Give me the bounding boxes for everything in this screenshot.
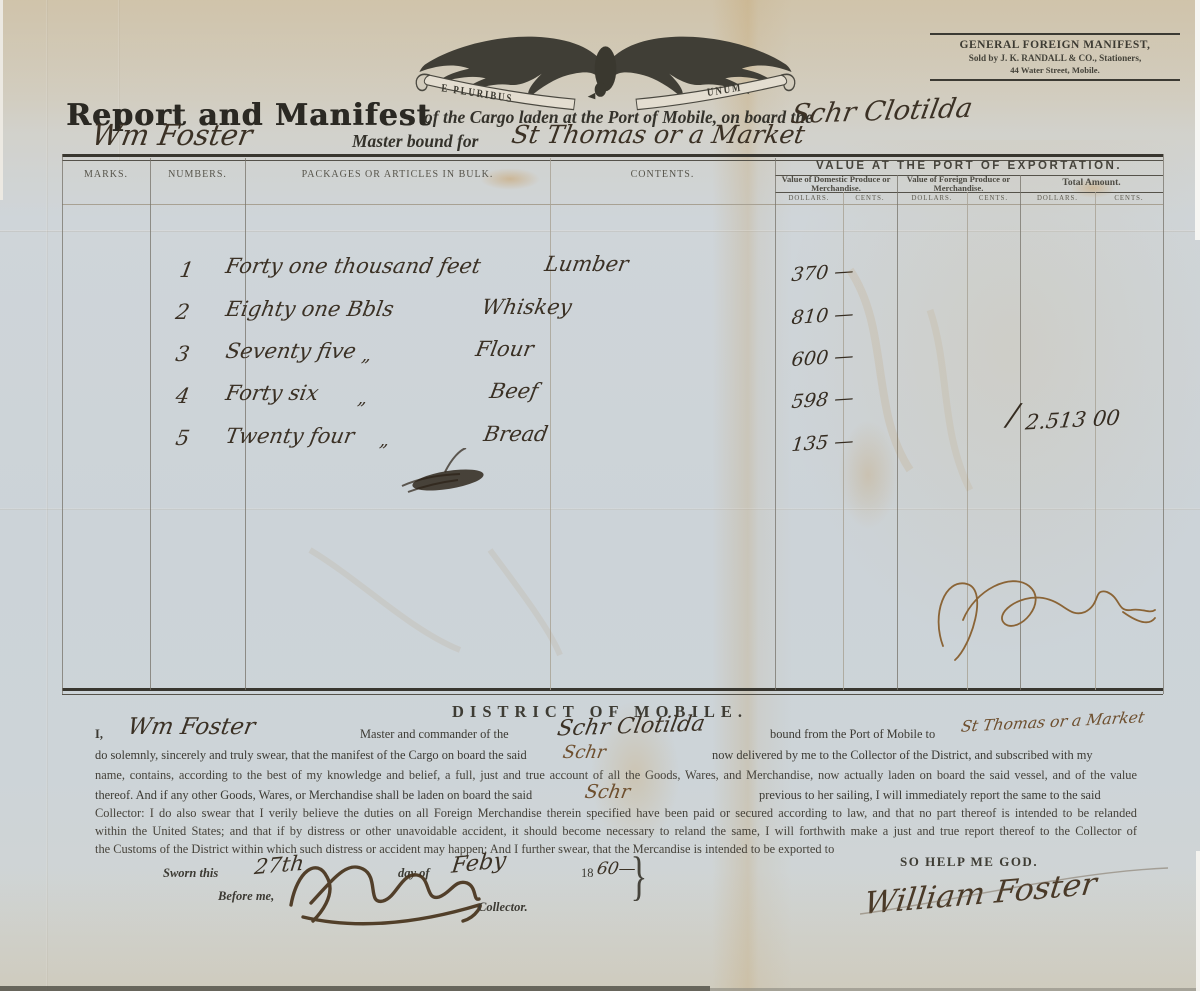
year-prefix: 18 xyxy=(581,866,594,881)
scan-edge-bottom xyxy=(0,986,710,991)
master-bound-label: Master bound for xyxy=(352,131,478,152)
eagle-engraving: E PLURIBUS UNUM xyxy=(408,16,803,112)
fold-crease-left xyxy=(46,0,48,991)
oath-master-label: Master and commander of the xyxy=(360,727,509,742)
attestation-brace: } xyxy=(631,845,648,907)
value-header: VALUE AT THE PORT OF EXPORTATION. xyxy=(775,160,1163,172)
collector-signature-scrawl xyxy=(283,843,488,933)
ghost-bleedthrough xyxy=(250,250,1150,670)
row-number: 3 xyxy=(174,342,192,366)
oath-line4a: thereof. And if any other Goods, Wares, … xyxy=(95,788,532,803)
hw-destination: St Thomas or a Market xyxy=(509,120,807,149)
col-domestic: Value of Domestic Produce or Merchandise… xyxy=(777,175,895,193)
cents-foreign: CENTS. xyxy=(967,195,1020,202)
oath-line2a: do solemnly, sincerely and truly swear, … xyxy=(95,748,527,763)
scan-edge-right-top xyxy=(1195,0,1200,240)
oath-line4b: previous to her sailing, I will immediat… xyxy=(759,788,1101,803)
dollars-foreign: DOLLARS. xyxy=(897,195,967,202)
hw-vessel-name: Schr Clotilda xyxy=(789,93,975,130)
sworn-this-label: Sworn this xyxy=(163,866,218,881)
row-number: 2 xyxy=(174,300,192,324)
collector-label: Collector. xyxy=(478,900,528,915)
signature-flourish-line xyxy=(860,862,1170,922)
oath-line5: Collector: I do also swear that I verily… xyxy=(95,806,1137,821)
oath-hw-schr2: Schr xyxy=(583,781,632,803)
eagle-head xyxy=(595,82,606,96)
col-foreign: Value of Foreign Produce or Merchandise. xyxy=(899,175,1018,193)
oath-line6: within the United States; and that if by… xyxy=(95,824,1137,839)
cents-total: CENTS. xyxy=(1095,195,1163,202)
manifest-document: E PLURIBUS UNUM GENERAL FOREIGN MANIFEST… xyxy=(0,0,1200,991)
before-me-label: Before me, xyxy=(218,889,274,904)
oath-hw-vessel: Schr Clotilda xyxy=(555,711,707,741)
col-packages: PACKAGES OR ARTICLES IN BULK. xyxy=(245,169,550,180)
oath-i-label: I, xyxy=(95,727,103,742)
dollars-domestic: DOLLARS. xyxy=(775,195,843,202)
dollars-total: DOLLARS. xyxy=(1020,195,1095,202)
stationer-imprint: GENERAL FOREIGN MANIFEST, Sold by J. K. … xyxy=(930,33,1180,81)
oath-bound-label: bound from the Port of Mobile to xyxy=(770,727,935,742)
col-marks: MARKS. xyxy=(62,169,150,180)
cents-domestic: CENTS. xyxy=(843,195,897,202)
stationer-line3: 44 Water Street, Mobile. xyxy=(930,65,1180,75)
eagle-beak xyxy=(588,93,596,99)
oath-hw-schr1: Schr xyxy=(561,742,607,763)
col-numbers: NUMBERS. xyxy=(150,169,245,180)
scan-edge-left xyxy=(0,0,3,200)
col-contents: CONTENTS. xyxy=(550,169,775,180)
stationer-title: GENERAL FOREIGN MANIFEST, xyxy=(930,39,1180,51)
hw-master-name: Wm Foster xyxy=(89,118,255,152)
row-number: 4 xyxy=(174,384,192,408)
stationer-line2: Sold by J. K. RANDALL & CO., Stationers, xyxy=(930,53,1180,63)
oath-hw-master: Wm Foster xyxy=(126,714,258,740)
oath-line2b: now delivered by me to the Collector of … xyxy=(712,748,1093,763)
row-number: 1 xyxy=(178,258,196,282)
row-number: 5 xyxy=(174,426,192,450)
scan-edge-right-bottom xyxy=(1196,851,1200,991)
col-total: Total Amount. xyxy=(1022,179,1161,188)
